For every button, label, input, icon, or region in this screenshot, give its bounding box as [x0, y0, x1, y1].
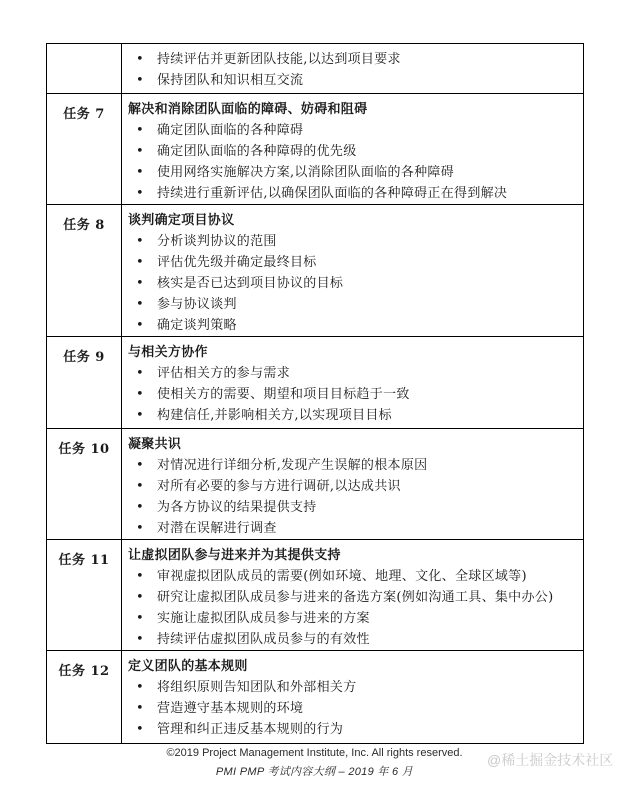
task-cell: 任务 9	[47, 337, 122, 428]
table-row: 任务 9 与相关方协作 评估相关方的参与需求 使相关方的需要、期望和项目目标趋于…	[47, 337, 583, 429]
table-row: 任务 8 谈判确定项目协议 分析谈判协议的范围 评估优先级并确定最终目标 核实是…	[47, 205, 583, 337]
table-row: 任务 12 定义团队的基本规则 将组织原则告知团队和外部相关方 营造遵守基本规则…	[47, 651, 583, 743]
task-cell: 任务 10	[47, 429, 122, 539]
content-cell: 持续评估并更新团队技能,以达到项目要求 保持团队和知识相互交流	[122, 44, 583, 93]
bullet-item: 构建信任,并影响相关方,以实现项目目标	[128, 405, 575, 426]
task-title: 解决和消除团队面临的障碍、妨碍和阻碍	[128, 99, 575, 120]
bullet-item: 持续评估虚拟团队成员参与的有效性	[128, 629, 575, 650]
bullet-item: 确定团队面临的各种障碍	[128, 120, 575, 141]
bullet-item: 确定谈判策略	[128, 315, 575, 336]
bullet-list: 审视虚拟团队成员的需要(例如环境、地理、文化、全球区域等) 研究让虚拟团队成员参…	[128, 566, 575, 650]
content-cell: 解决和消除团队面临的障碍、妨碍和阻碍 确定团队面临的各种障碍 确定团队面临的各种…	[122, 94, 583, 204]
content-cell: 让虚拟团队参与进来并为其提供支持 审视虚拟团队成员的需要(例如环境、地理、文化、…	[122, 540, 583, 650]
bullet-item: 对所有必要的参与方进行调研,以达成共识	[128, 476, 575, 497]
bullet-item: 评估优先级并确定最终目标	[128, 252, 575, 273]
bullet-item: 使相关方的需要、期望和项目目标趋于一致	[128, 384, 575, 405]
content-cell: 凝聚共识 对情况进行详细分析,发现产生误解的根本原因 对所有必要的参与方进行调研…	[122, 429, 583, 539]
table-row: 任务 10 凝聚共识 对情况进行详细分析,发现产生误解的根本原因 对所有必要的参…	[47, 429, 583, 540]
bullet-item: 确定团队面临的各种障碍的优先级	[128, 141, 575, 162]
task-cell: 任务 8	[47, 205, 122, 336]
watermark-text: @稀土掘金技术社区	[487, 750, 613, 770]
task-cell: 任务 11	[47, 540, 122, 650]
bullet-item: 将组织原则告知团队和外部相关方	[128, 677, 575, 698]
task-title: 凝聚共识	[128, 434, 575, 455]
bullet-item: 对情况进行详细分析,发现产生误解的根本原因	[128, 455, 575, 476]
table-row: 持续评估并更新团队技能,以达到项目要求 保持团队和知识相互交流	[47, 44, 583, 94]
bullet-item: 核实是否已达到项目协议的目标	[128, 273, 575, 294]
content-cell: 与相关方协作 评估相关方的参与需求 使相关方的需要、期望和项目目标趋于一致 构建…	[122, 337, 583, 428]
bullet-list: 分析谈判协议的范围 评估优先级并确定最终目标 核实是否已达到项目协议的目标 参与…	[128, 231, 575, 336]
bullet-item: 为各方协议的结果提供支持	[128, 497, 575, 518]
bullet-list: 持续评估并更新团队技能,以达到项目要求 保持团队和知识相互交流	[128, 49, 575, 91]
task-title: 谈判确定项目协议	[128, 210, 575, 231]
bullet-item: 分析谈判协议的范围	[128, 231, 575, 252]
task-cell: 任务 12	[47, 651, 122, 743]
content-cell: 定义团队的基本规则 将组织原则告知团队和外部相关方 营造遵守基本规则的环境 管理…	[122, 651, 583, 743]
bullet-item: 对潜在误解进行调查	[128, 518, 575, 539]
table-row: 任务 7 解决和消除团队面临的障碍、妨碍和阻碍 确定团队面临的各种障碍 确定团队…	[47, 94, 583, 205]
bullet-item: 审视虚拟团队成员的需要(例如环境、地理、文化、全球区域等)	[128, 566, 575, 587]
exam-content-table: 持续评估并更新团队技能,以达到项目要求 保持团队和知识相互交流 任务 7 解决和…	[46, 43, 584, 744]
bullet-item: 管理和纠正违反基本规则的行为	[128, 719, 575, 740]
bullet-item: 营造遵守基本规则的环境	[128, 698, 575, 719]
bullet-list: 将组织原则告知团队和外部相关方 营造遵守基本规则的环境 管理和纠正违反基本规则的…	[128, 677, 575, 740]
bullet-list: 确定团队面临的各种障碍 确定团队面临的各种障碍的优先级 使用网络实施解决方案,以…	[128, 120, 575, 204]
bullet-item: 使用网络实施解决方案,以消除团队面临的各种障碍	[128, 162, 575, 183]
task-cell: 任务 7	[47, 94, 122, 204]
bullet-list: 对情况进行详细分析,发现产生误解的根本原因 对所有必要的参与方进行调研,以达成共…	[128, 455, 575, 539]
bullet-list: 评估相关方的参与需求 使相关方的需要、期望和项目目标趋于一致 构建信任,并影响相…	[128, 363, 575, 426]
bullet-item: 实施让虚拟团队成员参与进来的方案	[128, 608, 575, 629]
task-title: 与相关方协作	[128, 342, 575, 363]
bullet-item: 保持团队和知识相互交流	[128, 70, 575, 91]
content-cell: 谈判确定项目协议 分析谈判协议的范围 评估优先级并确定最终目标 核实是否已达到项…	[122, 205, 583, 336]
bullet-item: 研究让虚拟团队成员参与进来的备选方案(例如沟通工具、集中办公)	[128, 587, 575, 608]
task-title: 定义团队的基本规则	[128, 656, 575, 677]
bullet-item: 持续评估并更新团队技能,以达到项目要求	[128, 49, 575, 70]
table-row: 任务 11 让虚拟团队参与进来并为其提供支持 审视虚拟团队成员的需要(例如环境、…	[47, 540, 583, 651]
bullet-item: 参与协议谈判	[128, 294, 575, 315]
task-title: 让虚拟团队参与进来并为其提供支持	[128, 545, 575, 566]
bullet-item: 评估相关方的参与需求	[128, 363, 575, 384]
task-cell	[47, 44, 122, 93]
bullet-item: 持续进行重新评估,以确保团队面临的各种障碍正在得到解决	[128, 183, 575, 204]
